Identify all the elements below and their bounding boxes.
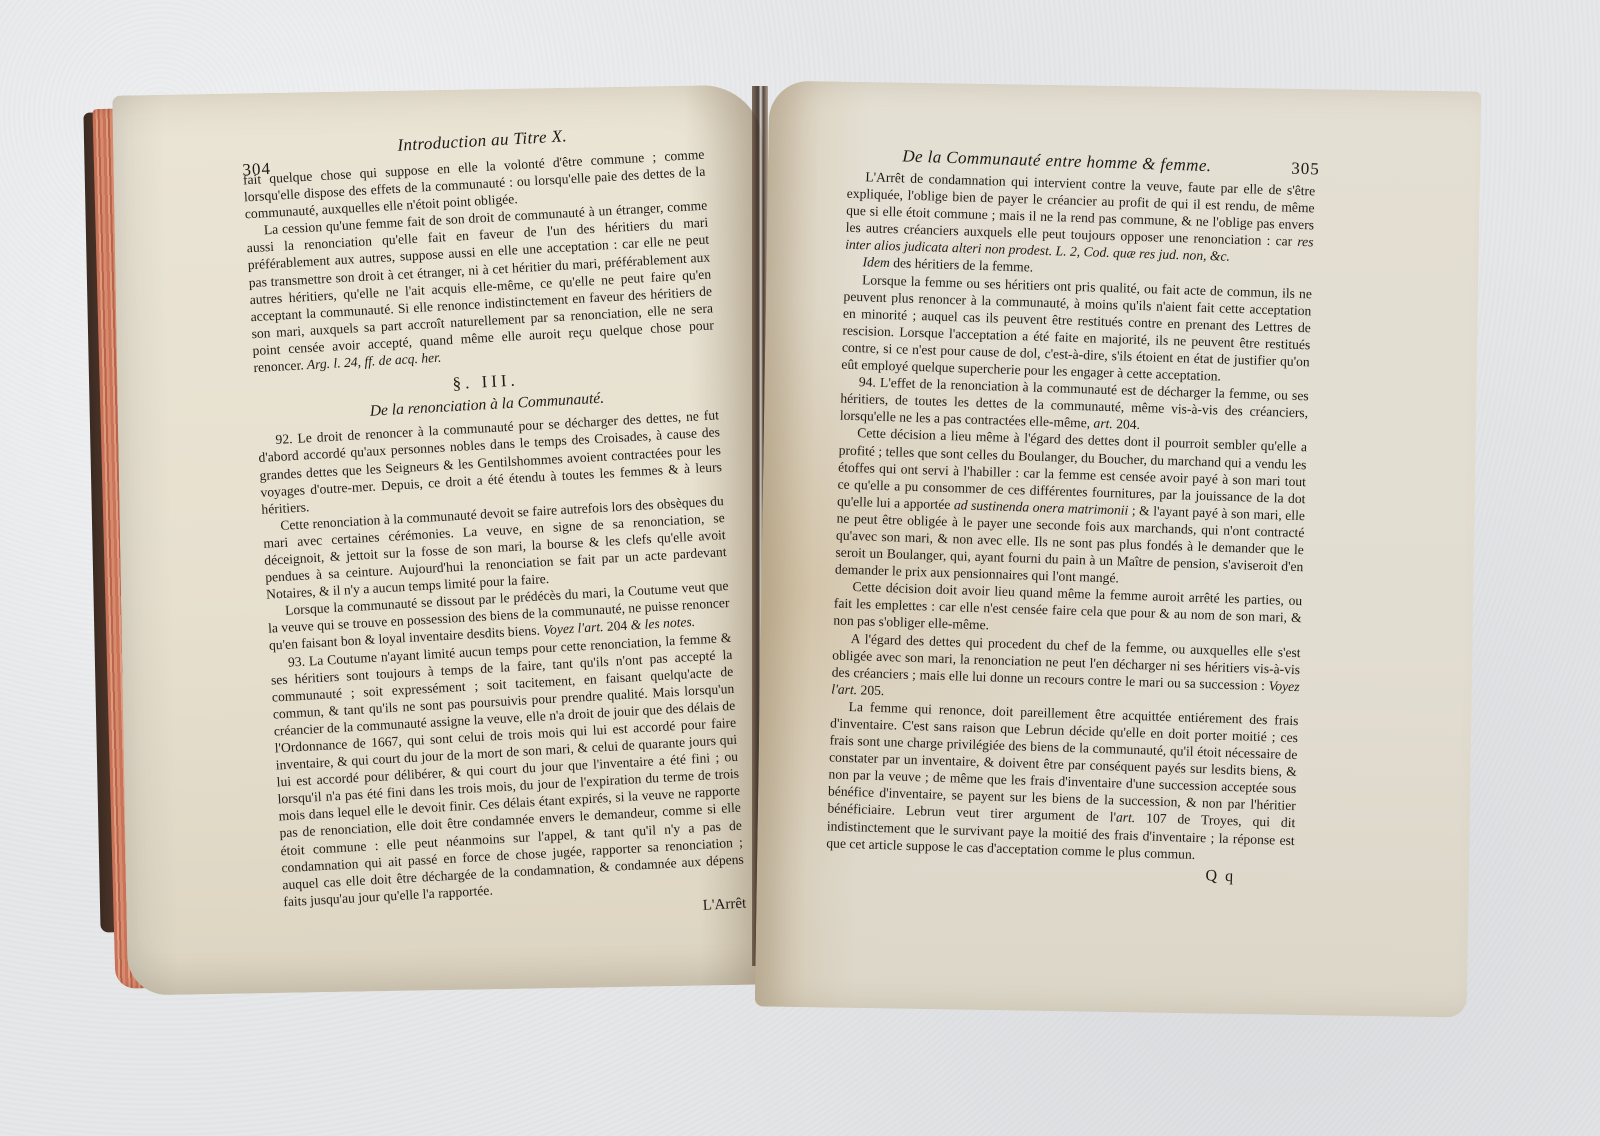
paragraph: L'Arrêt de condamnation qui intervient c… [845, 168, 1315, 268]
right-page: 305 De la Communauté entre homme & femme… [755, 80, 1481, 1017]
signature-mark: Q q [1205, 867, 1235, 885]
paragraph-93: 93. La Coutume n'ayant limité aucun temp… [270, 628, 746, 910]
left-page: 304 Introduction au Titre X. fait quelqu… [112, 84, 778, 995]
photo-scene: 304 Introduction au Titre X. fait quelqu… [0, 0, 1600, 1136]
paragraph: La femme qui renonce, doit pareillement … [826, 697, 1299, 865]
paragraph: La cession qu'une femme fait de son droi… [245, 197, 715, 376]
catchword: L'Arrêt [702, 895, 746, 914]
left-page-text: 304 Introduction au Titre X. fait quelqu… [241, 120, 745, 911]
paragraph: Lorsque la femme ou ses héritiers ont pr… [841, 270, 1312, 387]
paragraph: Cette décision a lieu même à l'égard des… [835, 424, 1308, 592]
right-page-text: 305 De la Communauté entre homme & femme… [826, 146, 1316, 866]
